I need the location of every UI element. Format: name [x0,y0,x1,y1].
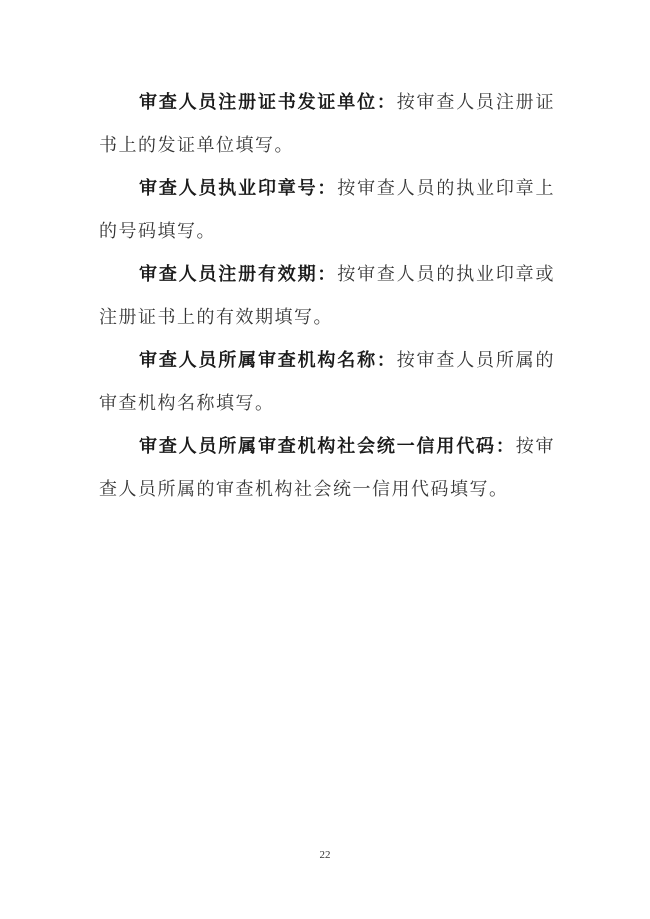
field-definition-seal-number: 审查人员执业印章号：按审查人员的执业印章上的号码填写。 [99,167,555,253]
page-number: 22 [0,849,650,861]
field-term: 审查人员注册证书发证单位： [139,92,397,113]
field-term: 审查人员执业印章号： [139,178,337,199]
field-definition-institution-name: 审查人员所属审查机构名称：按审查人员所属的审查机构名称填写。 [99,339,555,425]
document-page: 审查人员注册证书发证单位：按审查人员注册证书上的发证单位填写。 审查人员执业印章… [0,0,650,919]
field-term: 审查人员所属审查机构名称： [139,350,397,371]
field-definition-credit-code: 审查人员所属审查机构社会统一信用代码：按审查人员所属的审查机构社会统一信用代码填… [99,425,555,511]
field-term: 审查人员注册有效期： [139,264,337,285]
field-definition-issuing-unit: 审查人员注册证书发证单位：按审查人员注册证书上的发证单位填写。 [99,81,555,167]
document-body: 审查人员注册证书发证单位：按审查人员注册证书上的发证单位填写。 审查人员执业印章… [99,81,555,511]
field-definition-validity-period: 审查人员注册有效期：按审查人员的执业印章或注册证书上的有效期填写。 [99,253,555,339]
field-term: 审查人员所属审查机构社会统一信用代码： [139,436,516,457]
